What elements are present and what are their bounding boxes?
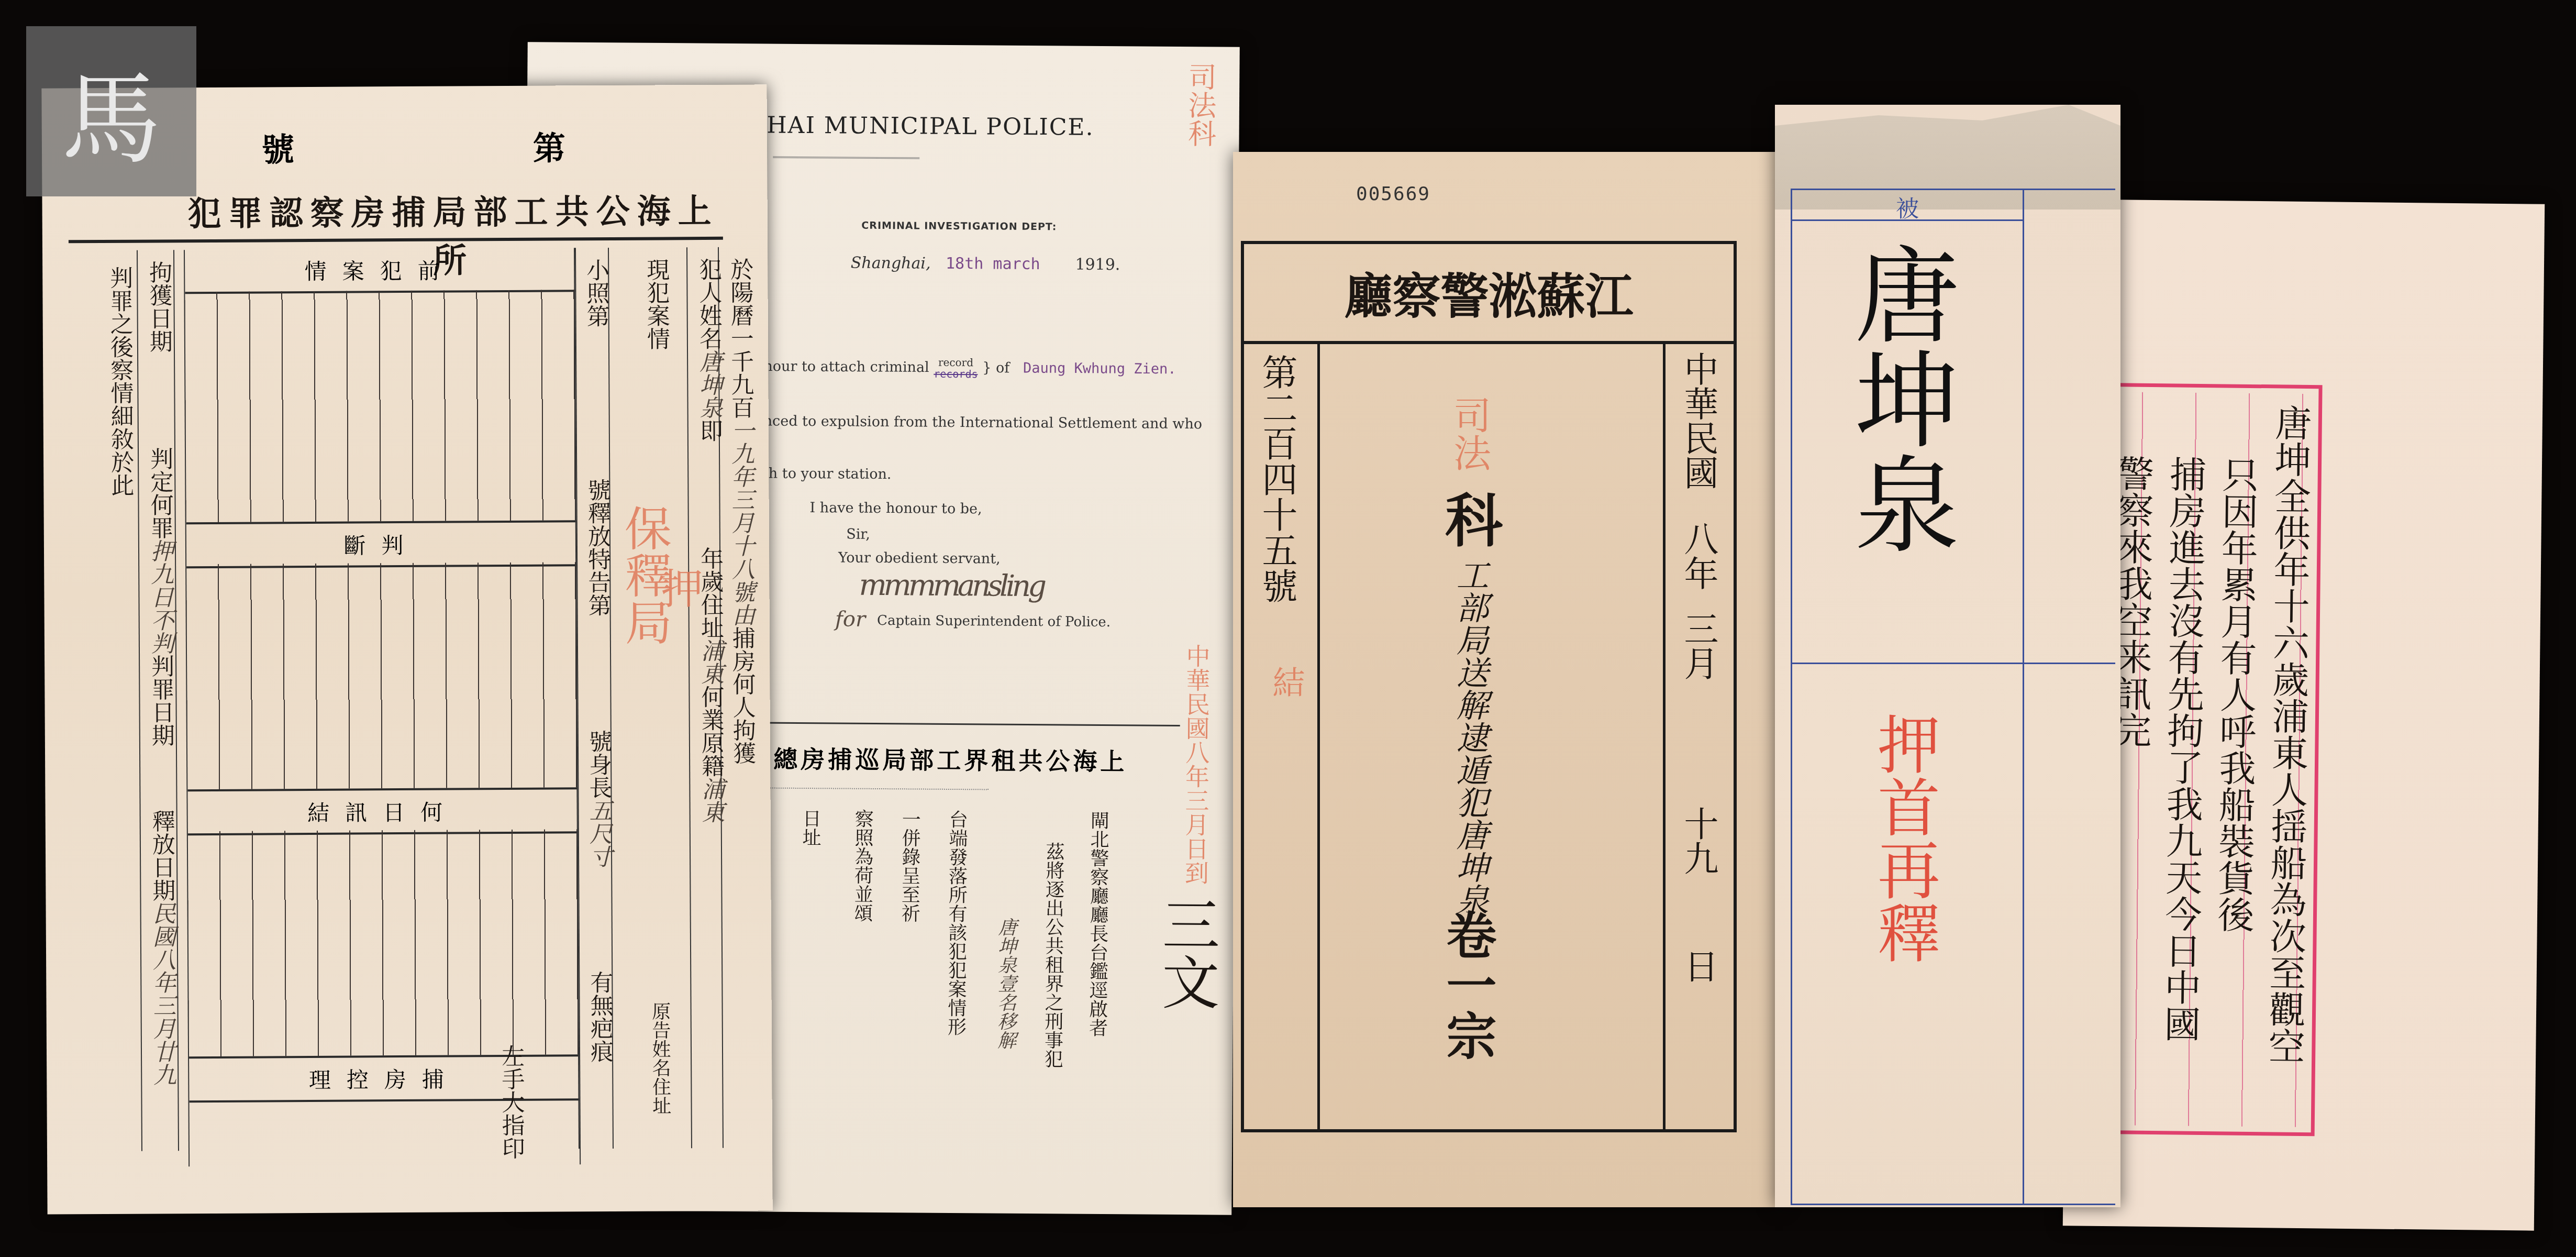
- closed-stamp: 結: [1260, 666, 1312, 698]
- judicial-section-stamp: 司法科: [1181, 62, 1218, 147]
- red-annotation: 押首再釋: [1861, 712, 1945, 964]
- serial-number: 005669: [1356, 183, 1430, 205]
- signatory-title: Captain Superintendent of Police.: [877, 613, 1111, 630]
- scars-label: 有無疤痕: [583, 971, 616, 1063]
- department-line: CRIMINAL INVESTIGATION DEPT:: [861, 220, 1057, 233]
- watermark-logo: 馬: [26, 26, 196, 196]
- blue-side-column: [2021, 189, 2115, 1205]
- height-field: 號身長五尺寸: [582, 730, 615, 868]
- thumb-print-label: 左手大指印: [494, 1044, 527, 1160]
- dossier-header: 江蘇淞警察廳: [1244, 244, 1734, 344]
- notice-title: 上海公共租界工部局巡捕房總: [761, 740, 1127, 777]
- received-date-stamp: 中華民國八年三月日到: [1179, 644, 1213, 885]
- case-number-column: 第二百四十五號 結: [1244, 341, 1320, 1129]
- body-line-3: th to your station.: [763, 465, 892, 482]
- record-grid: 前犯案情 判斷 何日訊結 捕房控理: [184, 248, 581, 1166]
- body-line-2: nced to expulsion from the International…: [763, 413, 1203, 432]
- defendant-name: 唐坤泉: [1838, 241, 1958, 555]
- notice-wave-rule: [769, 788, 989, 790]
- police-dossier-cover: 005669 江蘇淞警察廳 第二百四十五號 結 司法 科 工部局送解逮遁犯唐坤泉…: [1233, 152, 1783, 1207]
- horse-seal-icon: 馬: [61, 40, 161, 183]
- release-no-label: 號釋放特告第: [580, 478, 613, 616]
- closing-3: Your obedient servant,: [838, 549, 1001, 567]
- section-judgement: 判斷: [186, 520, 576, 568]
- closing-2: Sir,: [846, 526, 870, 543]
- for-note: for: [835, 607, 865, 631]
- current-case-label: 現犯案情: [639, 258, 672, 350]
- ink-annotation: 三文: [1152, 895, 1221, 1011]
- letterhead-rule: [773, 157, 919, 159]
- plaintiff-label: 原告姓名住址: [643, 1001, 676, 1115]
- dossier-frame: 江蘇淞警察廳 第二百四十五號 結 司法 科 工部局送解逮遁犯唐坤泉 卷一宗 中華…: [1241, 241, 1737, 1132]
- typed-date: 18th march: [946, 255, 1040, 273]
- closing-1: I have the honour to be,: [809, 500, 982, 517]
- section-prior-cases: 前犯案情: [185, 248, 575, 294]
- handwritten-statement: 唐坤全供年十六歲浦東人揺船為次至觀空 只因年累月有人呼我船裝貨後 捕房進去沒有先…: [2063, 199, 2545, 1230]
- date-field: 於陽曆一千九百一九年三月十八號由捕房何人拘獲: [723, 258, 758, 765]
- statement-col-3: 捕房進去沒有先拘了我九天今日中國: [2157, 455, 2207, 1042]
- volume-label: 卷一宗: [1438, 909, 1498, 1060]
- form-number: 號 第: [262, 122, 576, 170]
- notice-col-6: 察照為荷並頌: [846, 809, 879, 922]
- case-number: 第二百四十五號: [1254, 354, 1298, 603]
- dates-column: 拘獲日期判定何罪押九日不判判罪日期釋放日期民國八年三月廿九: [142, 260, 179, 1086]
- notice-col-3: 唐坤泉壹名移解: [989, 917, 1021, 1049]
- section-label: 科: [1443, 490, 1495, 548]
- name-cover-sheet: 被 唐坤泉 押首再釋: [1775, 105, 2120, 1207]
- notice-col-2: 茲將逐出公共租界之刑事犯: [1036, 842, 1069, 1068]
- section-trial-date: 何日訊結: [187, 787, 578, 835]
- after-note: 判罪之後察情細敘於此: [103, 266, 136, 497]
- statement-col-1: 唐坤全供年十六歲浦東人揺船為次至觀空: [2262, 404, 2313, 1064]
- date-line: Shanghai, 18th march 1919.: [851, 254, 1120, 274]
- notice-col-7: 日址: [794, 809, 826, 846]
- place: Shanghai,: [851, 254, 931, 273]
- body-line-1: nour to attach criminal record records }…: [763, 355, 1176, 381]
- prisoner-name-field: 犯人姓名唐坤泉即年歲住址浦東何業原籍浦東: [692, 258, 727, 823]
- judicial-stamp: 司法: [1443, 396, 1495, 471]
- date-column: 中華民國八年三月十九日: [1663, 341, 1734, 1129]
- letterhead: NGHAI MUNICIPAL POLICE.: [726, 112, 1094, 141]
- prisoner-name: Daung Kwhung Zien.: [1023, 360, 1176, 377]
- statement-col-2: 只因年累月有人呼我船裝貨後: [2211, 456, 2260, 933]
- criminal-record-form: 號 第 上海公共工部局捕房察認罪犯所 前犯案情 判斷 何日訊結 捕房控理 於陽曆…: [41, 84, 772, 1214]
- defendant-label: 被: [1792, 190, 2023, 221]
- photo-no-label: 小照第: [579, 258, 612, 327]
- notice-col-5: 一併錄呈至祈: [893, 809, 926, 922]
- notice-col-1: 閘北警察廳廳長台鑑逕啟者: [1081, 811, 1114, 1037]
- year: 1919.: [1075, 256, 1120, 274]
- signature: mmmmansling: [859, 568, 1043, 603]
- notice-rule: [761, 722, 1180, 726]
- blue-divider: [1791, 663, 2115, 664]
- dossier-subject: 工部局送解逮遁犯唐坤泉: [1448, 558, 1491, 916]
- custody-stamp: 押: [662, 567, 694, 609]
- notice-col-4: 台端發落所有該犯犯案情形: [940, 810, 973, 1036]
